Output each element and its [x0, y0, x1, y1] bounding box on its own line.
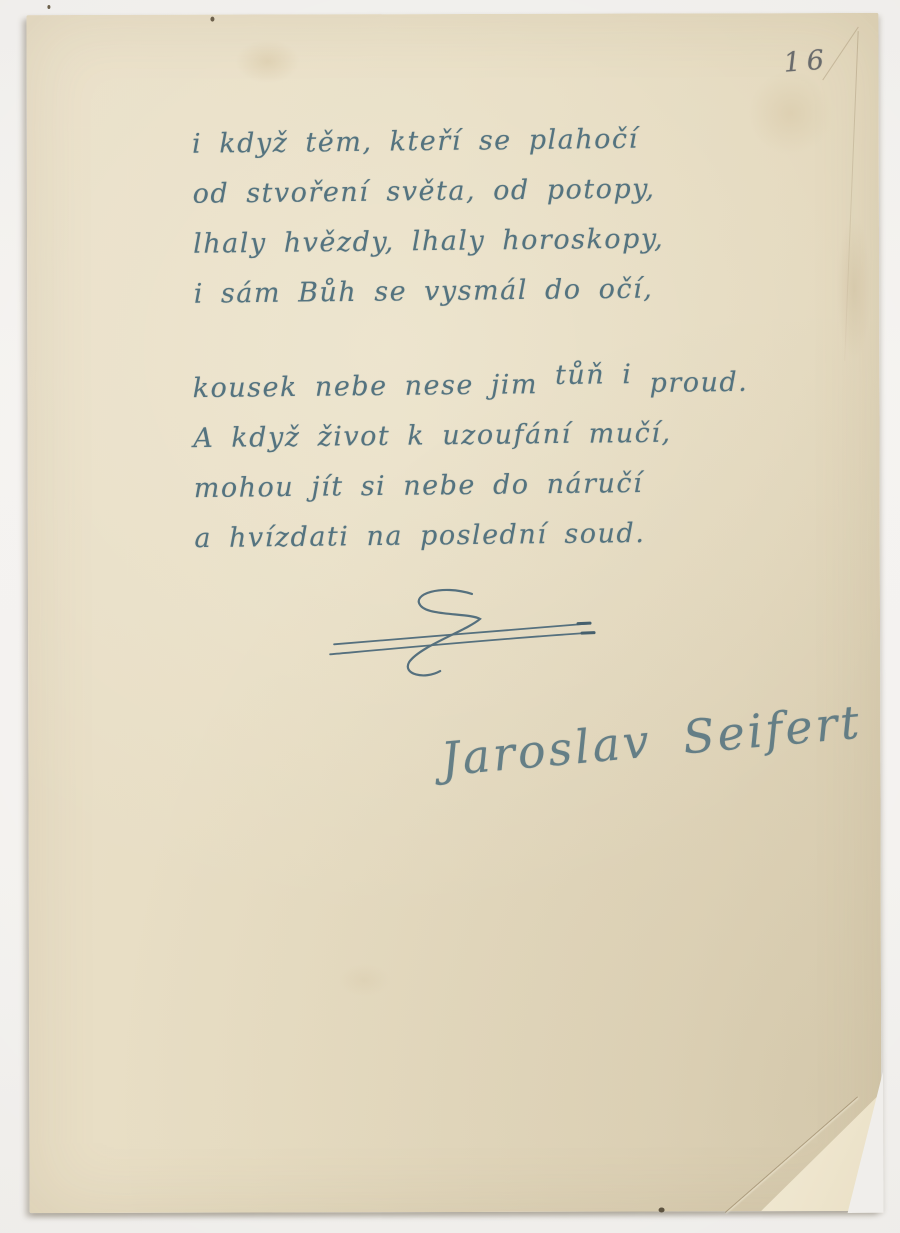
end-flourish-icon: [320, 586, 620, 687]
page-number: 16: [782, 44, 830, 78]
inserted-words: tůň i: [555, 359, 633, 391]
poem-line: od stvoření světa, od potopy,: [192, 173, 664, 228]
poem-line: lhaly hvězdy, lhaly horoskopy,: [193, 223, 665, 278]
flourish-line-upper-tip: [578, 623, 590, 624]
paper-stain: [224, 32, 310, 90]
poem-line: kousek nebe nese jim tůň i proud.: [193, 367, 749, 423]
flourish-line-lower-tip: [582, 633, 594, 634]
paper-stain: [329, 958, 399, 1002]
paper-speck: [47, 5, 50, 9]
signature: Jaroslav Seifert: [439, 695, 864, 787]
poem-line-fragment: kousek nebe nese jim: [193, 369, 556, 404]
paper-speck: [659, 1207, 665, 1212]
poem-line: a hvízdati na poslední soud.: [194, 517, 750, 573]
poem-line: mohou jít si nebe do náručí: [194, 467, 750, 523]
poem-line: i sám Bůh se vysmál do očí,: [194, 273, 666, 328]
photo-background: 16 i když těm, kteří se plahočí od stvoř…: [0, 0, 900, 1233]
poem-stanza-1: i když těm, kteří se plahočí od stvoření…: [192, 123, 665, 328]
poem-line-fragment: proud.: [632, 367, 748, 399]
manuscript-page: 16 i když těm, kteří se plahočí od stvoř…: [26, 13, 881, 1213]
paper-speck: [210, 17, 214, 22]
paper-stain: [831, 193, 877, 383]
poem-stanza-2: kousek nebe nese jim tůň i proud. A když…: [193, 367, 751, 573]
flourish-line-upper: [334, 624, 588, 645]
poem-line: A když život k uzoufání mučí,: [193, 417, 749, 473]
paper-crease: [844, 31, 859, 361]
poem-line: i když těm, kteří se plahočí: [192, 123, 664, 178]
flourish-line-lower: [330, 633, 592, 655]
